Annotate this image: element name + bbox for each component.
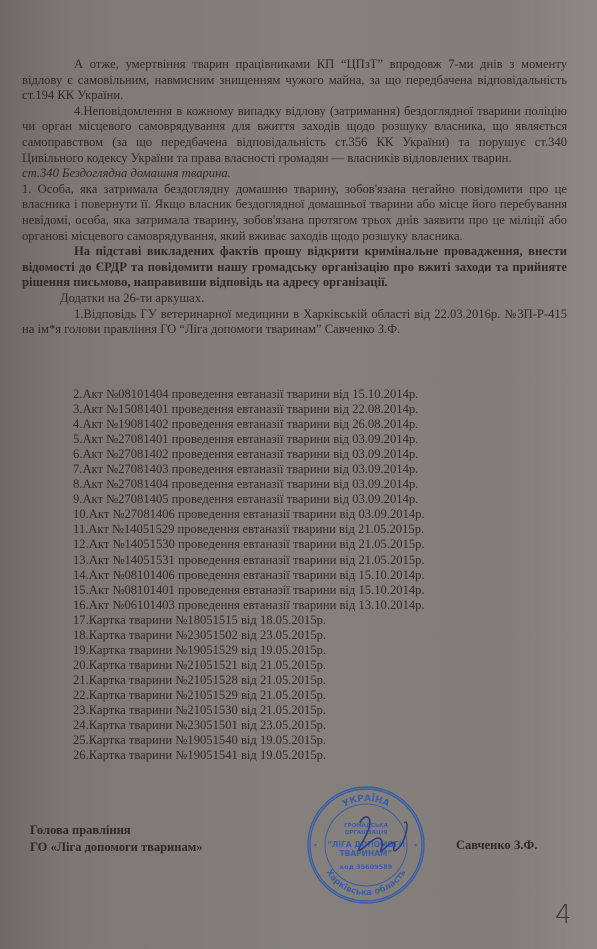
attachments-list: 2.Акт №08101404 проведення евтаназії тва… xyxy=(73,387,425,763)
stamp-code: код 35609589 xyxy=(340,863,393,871)
attachment-item: 16.Акт №06101403 проведення евтаназії тв… xyxy=(73,598,425,613)
signatory-organization: ГО «Ліга допомоги тваринам» xyxy=(30,839,202,856)
attachment-item: 8.Акт №27081404 проведення евтаназії тва… xyxy=(73,477,425,492)
attachment-item: 26.Картка тварини №19051541 від 19.05.20… xyxy=(73,748,425,763)
attachment-item: 19.Картка тварини №19051529 від 19.05.20… xyxy=(73,643,425,658)
attachment-item: 24.Картка тварини №23051501 від 23.05.20… xyxy=(73,718,425,733)
signatory-title: Голова правління ГО «Ліга допомоги твари… xyxy=(30,822,202,856)
attachment-item: 3.Акт №15081401 проведення евтаназії тва… xyxy=(73,402,425,417)
attachment-item: 10.Акт №27081406 проведення евтаназії тв… xyxy=(73,507,425,522)
svg-text:УКРАЇНА: УКРАЇНА xyxy=(341,793,391,809)
signatory-position: Голова правління xyxy=(30,822,202,839)
attachment-item: 15.Акт №08101401 проведення евтаназії тв… xyxy=(73,583,425,598)
organization-stamp: УКРАЇНА Харківська область ГРОМАДСЬКА ОР… xyxy=(304,783,428,907)
article-title: ст.340 Бездоглядна домашня тварина. xyxy=(22,166,567,182)
attachment-item: 2.Акт №08101404 проведення евтаназії тва… xyxy=(73,387,425,402)
attachment-item: 11.Акт №14051529 проведення евтаназії тв… xyxy=(73,522,425,537)
attachment-item: 14.Акт №08101406 проведення евтаназії тв… xyxy=(73,568,425,583)
attachment-item: 22.Картка тварини №21051529 від 21.05.20… xyxy=(73,688,425,703)
attachment-item: 7.Акт №27081403 проведення евтаназії тва… xyxy=(73,462,425,477)
attachment-item: 23.Картка тварини №21051530 від 21.05.20… xyxy=(73,703,425,718)
attachment-item-1: 1.Відповідь ГУ ветеринарної медицини в Х… xyxy=(22,307,567,338)
attachment-item: 20.Картка тварини №21051521 від 21.05.20… xyxy=(73,658,425,673)
stamp-star-right: * xyxy=(414,843,418,850)
paragraph-point-4: 4.Неповідомлення в кожному випадку відло… xyxy=(22,104,567,166)
article-text: 1. Особа, яка затримала бездоглядну дома… xyxy=(22,182,567,244)
body-text: А отже, умертвіння тварин працівниками К… xyxy=(22,57,567,338)
stamp-top-text: УКРАЇНА xyxy=(341,793,391,809)
stamp-name-2: ТВАРИНАМ” xyxy=(340,849,393,858)
stamp-star-left: * xyxy=(314,843,318,850)
attachment-item: 21.Картка тварини №21051528 від 21.05.20… xyxy=(73,673,425,688)
attachment-item: 6.Акт №27081402 проведення евтаназії тва… xyxy=(73,447,425,462)
attachment-item: 18.Картка тварини №23051502 від 23.05.20… xyxy=(73,628,425,643)
attachment-item: 25.Картка тварини №19051540 від 19.05.20… xyxy=(73,733,425,748)
attachment-item: 5.Акт №27081401 проведення евтаназії тва… xyxy=(73,432,425,447)
document-page: А отже, умертвіння тварин працівниками К… xyxy=(0,0,597,949)
attachment-item: 17.Картка тварини №18051515 від 18.05.20… xyxy=(73,613,425,628)
signatory-name: Савченко З.Ф. xyxy=(456,838,537,853)
paragraph-conclusion: А отже, умертвіння тварин працівниками К… xyxy=(22,57,567,104)
attachment-item: 9.Акт №27081405 проведення евтаназії тва… xyxy=(73,492,425,507)
attachments-header: Додатки на 26-ти аркушах. xyxy=(22,291,567,307)
request-paragraph: На підставі викладених фактів прошу відк… xyxy=(22,244,567,291)
stamp-org-type-1: ГРОМАДСЬКА xyxy=(344,823,389,829)
attachment-item: 13.Акт №14051531 проведення евтаназії тв… xyxy=(73,553,425,568)
attachment-item: 12.Акт №14051530 проведення евтаназії тв… xyxy=(73,537,425,552)
handwritten-page-number: 4 xyxy=(555,900,572,930)
attachment-item: 4.Акт №19081402 проведення евтаназії тва… xyxy=(73,417,425,432)
